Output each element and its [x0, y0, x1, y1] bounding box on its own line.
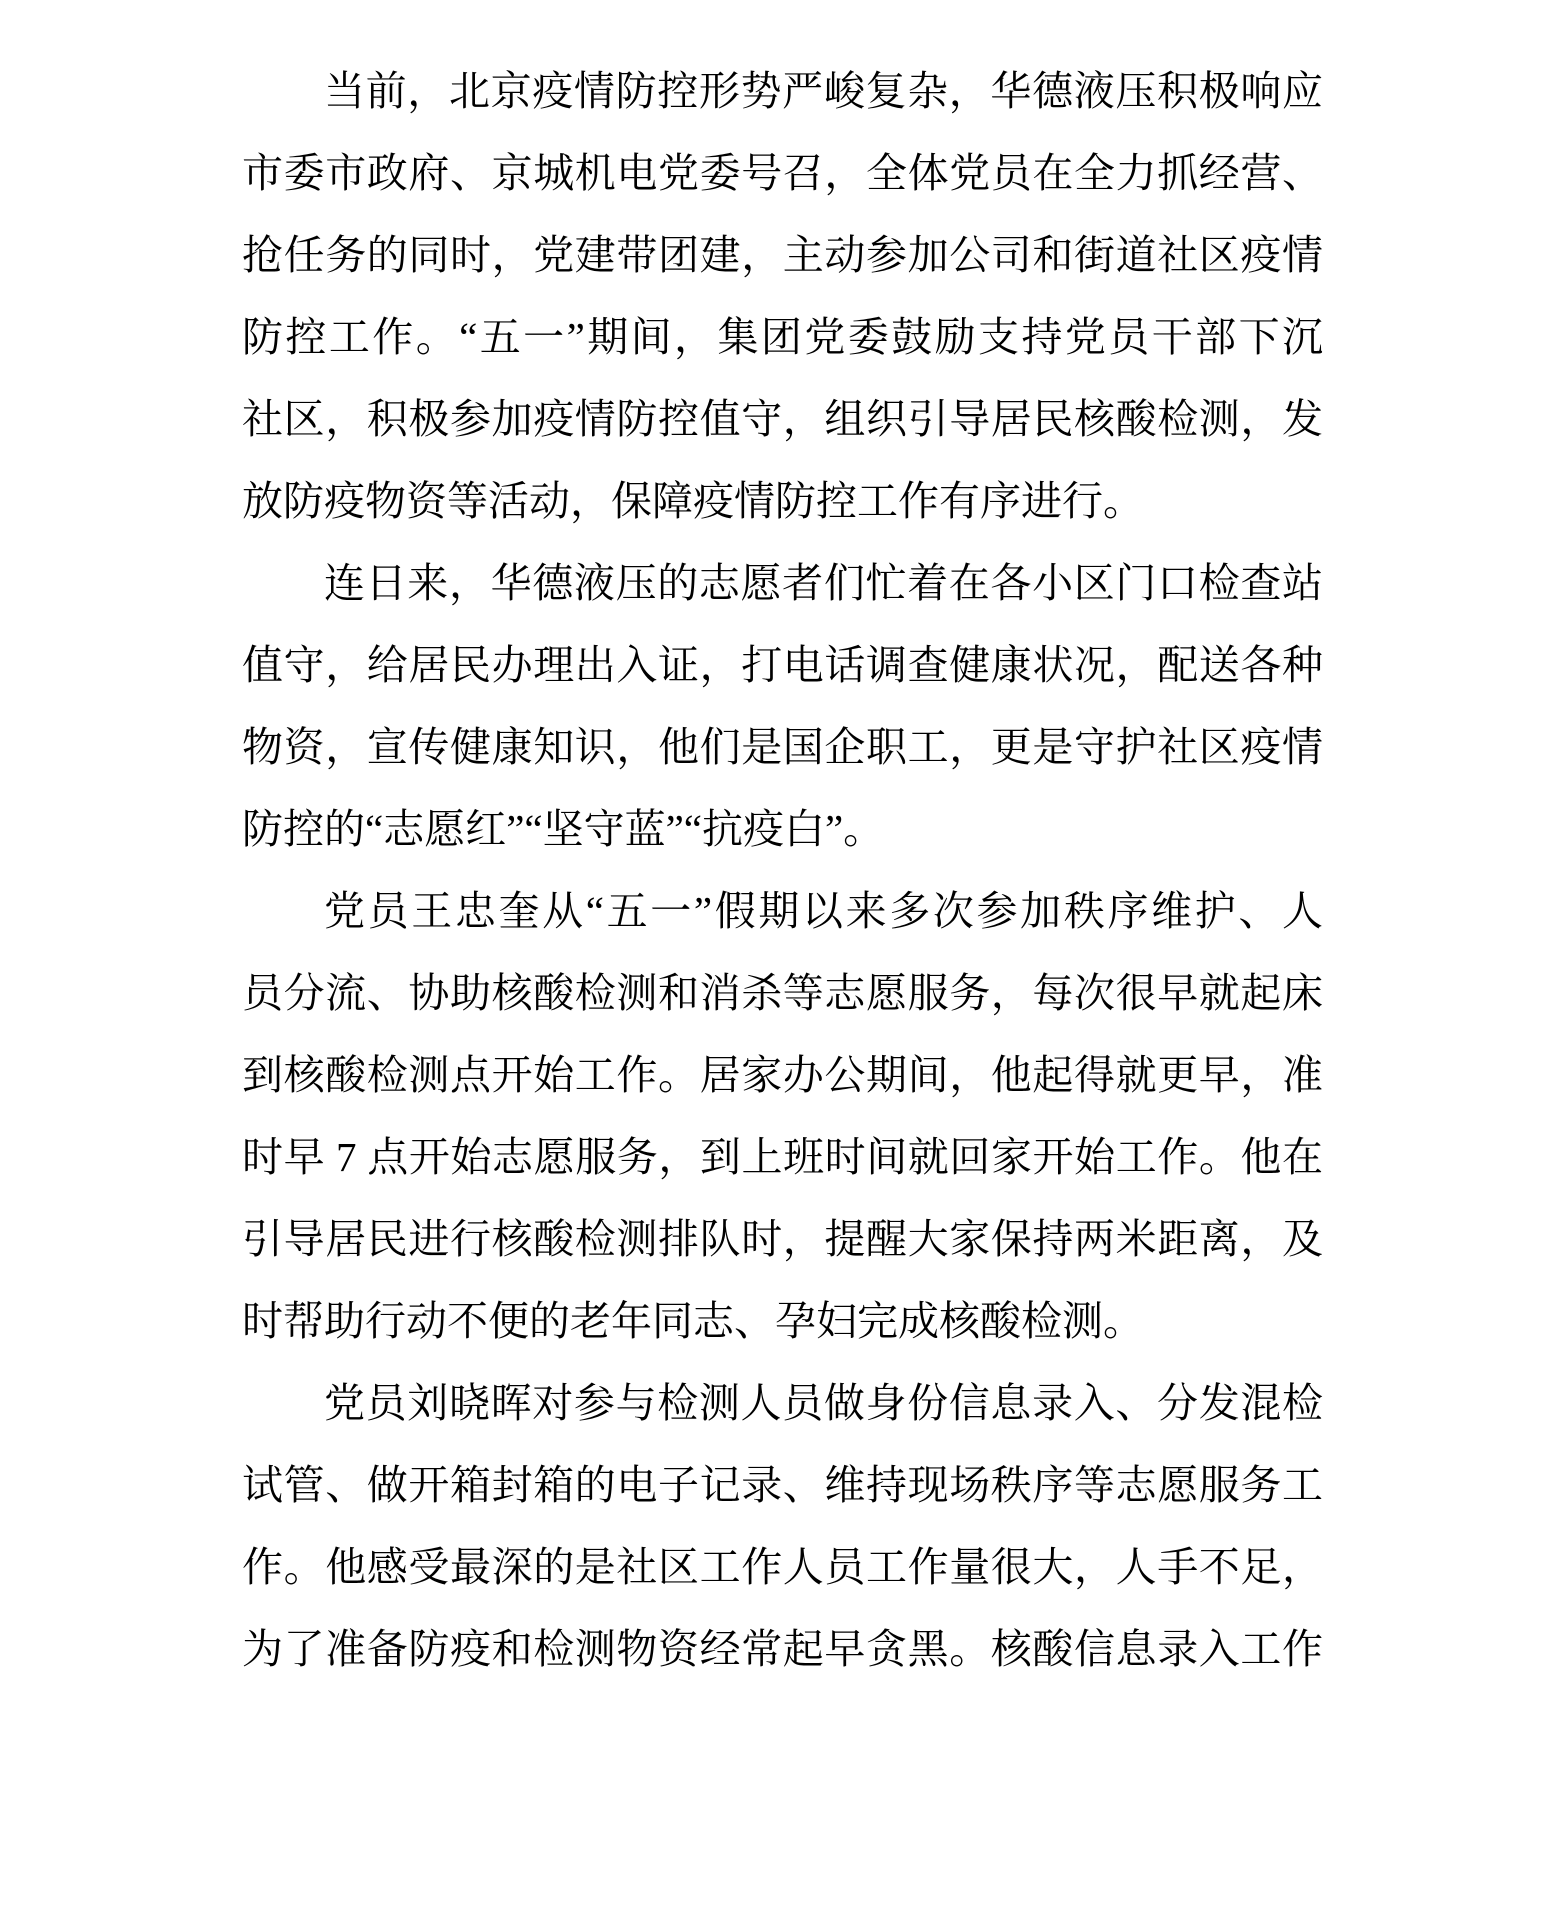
- text-line: 物资，宣传健康知识，他们是国企职工，更是守护社区疫情: [242, 706, 1323, 788]
- paragraph-3: 党员王忠奎从“五一”假期以来多次参加秩序维护、人 员分流、协助核酸检测和消杀等志…: [242, 870, 1323, 1362]
- text-line: 时早 7 点开始志愿服务，到上班时间就回家开始工作。他在: [242, 1116, 1323, 1198]
- text-line: 社区，积极参加疫情防控值守，组织引导居民核酸检测，发: [242, 378, 1323, 460]
- text-line: 作。他感受最深的是社区工作人员工作量很大，人手不足，: [242, 1526, 1323, 1608]
- text-line: 员分流、协助核酸检测和消杀等志愿服务，每次很早就起床: [242, 952, 1323, 1034]
- text-line: 当前，北京疫情防控形势严峻复杂，华德液压积极响应: [242, 50, 1323, 132]
- paragraph-1: 当前，北京疫情防控形势严峻复杂，华德液压积极响应 市委市政府、京城机电党委号召，…: [242, 50, 1323, 542]
- paragraph-2: 连日来，华德液压的志愿者们忙着在各小区门口检查站 值守，给居民办理出入证，打电话…: [242, 542, 1323, 870]
- text-line: 防控工作。“五一”期间，集团党委鼓励支持党员干部下沉: [242, 296, 1323, 378]
- text-line: 市委市政府、京城机电党委号召，全体党员在全力抓经营、: [242, 132, 1323, 214]
- text-line: 试管、做开箱封箱的电子记录、维持现场秩序等志愿服务工: [242, 1444, 1323, 1526]
- text-line: 抢任务的同时，党建带团建，主动参加公司和街道社区疫情: [242, 214, 1323, 296]
- paragraph-4: 党员刘晓晖对参与检测人员做身份信息录入、分发混检 试管、做开箱封箱的电子记录、维…: [242, 1362, 1323, 1690]
- text-line: 引导居民进行核酸检测排队时，提醒大家保持两米距离，及: [242, 1198, 1323, 1280]
- text-line: 到核酸检测点开始工作。居家办公期间，他起得就更早，准: [242, 1034, 1323, 1116]
- text-line: 防控的“志愿红”“坚守蓝”“抗疫白”。: [242, 788, 1323, 870]
- text-line: 党员刘晓晖对参与检测人员做身份信息录入、分发混检: [242, 1362, 1323, 1444]
- text-line: 连日来，华德液压的志愿者们忙着在各小区门口检查站: [242, 542, 1323, 624]
- document-body: 当前，北京疫情防控形势严峻复杂，华德液压积极响应 市委市政府、京城机电党委号召，…: [242, 50, 1323, 1690]
- document-page: 当前，北京疫情防控形势严峻复杂，华德液压积极响应 市委市政府、京城机电党委号召，…: [0, 0, 1560, 1920]
- text-line: 时帮助行动不便的老年同志、孕妇完成核酸检测。: [242, 1280, 1323, 1362]
- text-line: 党员王忠奎从“五一”假期以来多次参加秩序维护、人: [242, 870, 1323, 952]
- text-line: 放防疫物资等活动，保障疫情防控工作有序进行。: [242, 460, 1323, 542]
- text-line: 为了准备防疫和检测物资经常起早贪黑。核酸信息录入工作: [242, 1608, 1323, 1690]
- text-line: 值守，给居民办理出入证，打电话调查健康状况，配送各种: [242, 624, 1323, 706]
